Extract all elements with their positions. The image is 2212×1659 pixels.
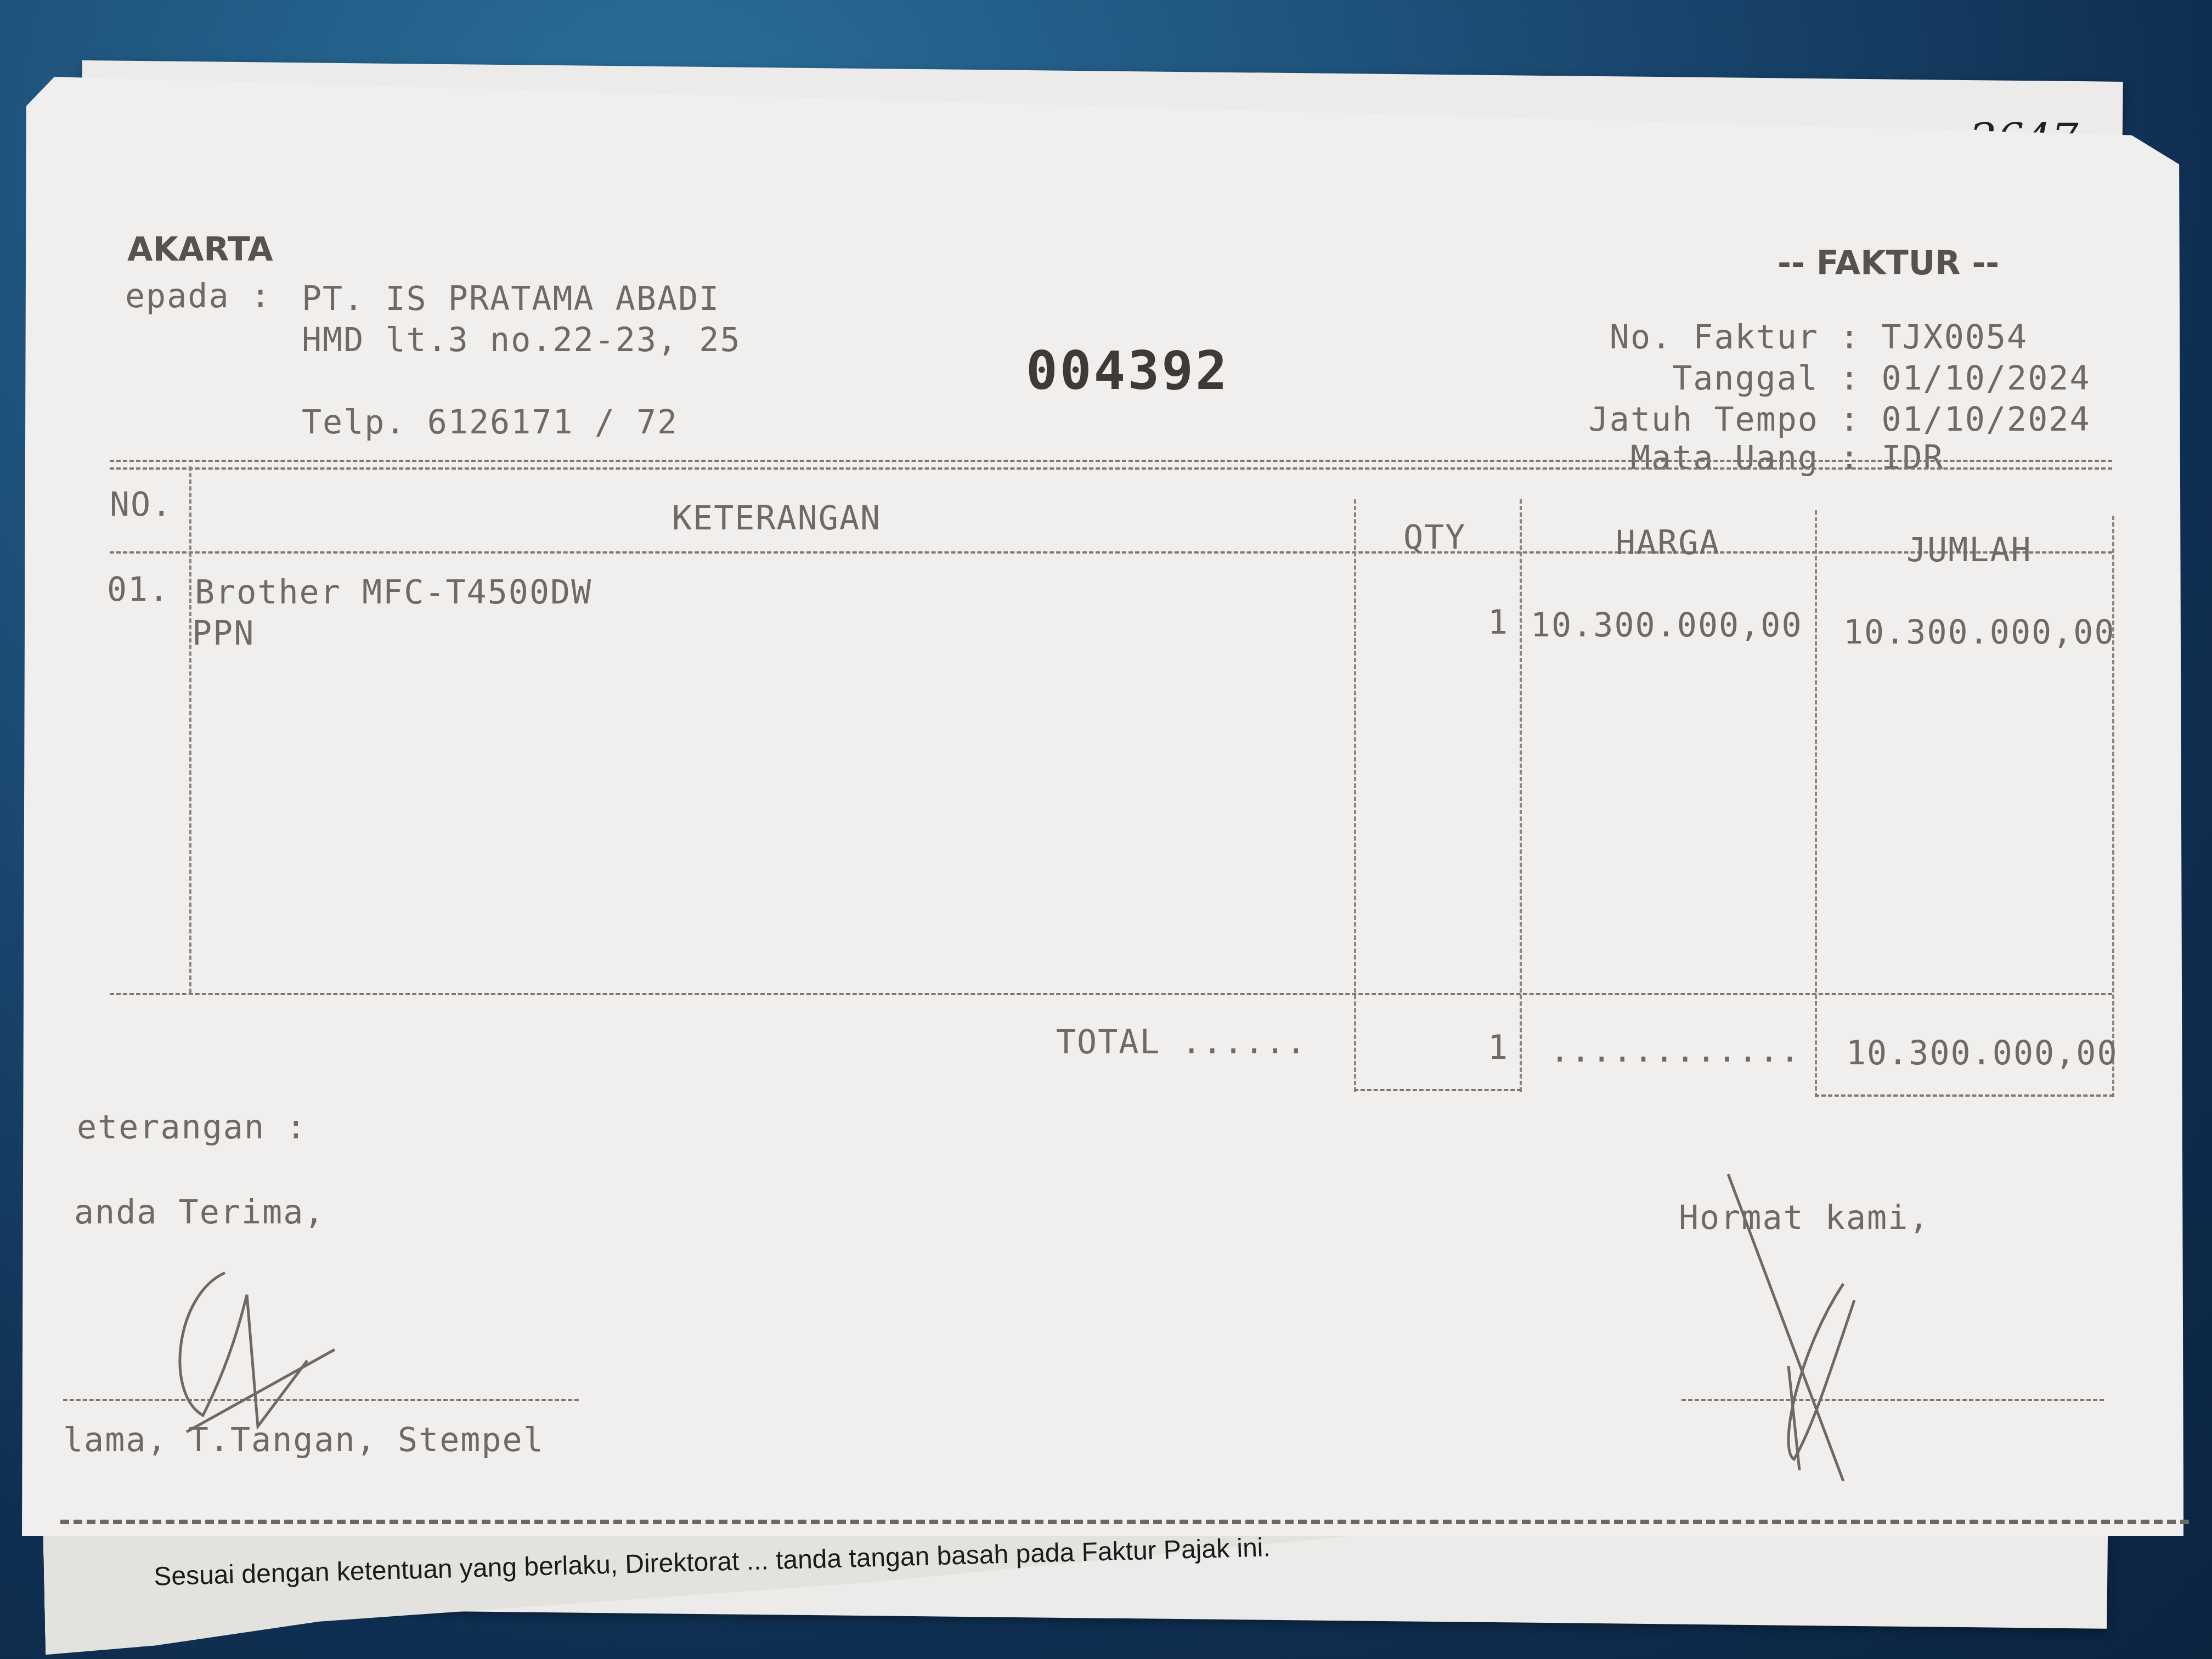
notes-label: eterangan : — [77, 1108, 307, 1147]
perforation-line — [60, 1520, 2189, 1524]
col-divider-qty-right — [1520, 499, 1522, 1092]
row-subitem: PPN — [192, 614, 255, 653]
table-top-border — [110, 460, 2112, 462]
recipient-address: HMD lt.3 no.22-23, 25 — [302, 321, 741, 359]
meta-due-date: Jatuh Tempo : 01/10/2024 — [1572, 400, 2120, 439]
city-label: AKARTA — [127, 230, 273, 269]
invoice-title: -- FAKTUR -- — [1778, 244, 1999, 283]
col-header-no: NO. — [110, 486, 172, 524]
meta-invoice-no: No. Faktur : TJX0054 — [1572, 318, 2120, 357]
to-label: epada : — [125, 277, 272, 315]
col-header-qty: QTY — [1403, 518, 1466, 557]
meta-currency: Mata Uang : IDR — [1572, 439, 2120, 477]
amount-total-bottom — [1815, 1094, 2114, 1097]
total-label: TOTAL ...... — [1056, 1023, 1307, 1062]
row-price: 10.300.000,00 — [1531, 606, 1803, 645]
col-header-description: KETERANGAN — [672, 499, 881, 538]
meta-date: Tanggal : 01/10/2024 — [1572, 359, 2120, 398]
total-qty: 1 — [1488, 1029, 1509, 1067]
col-header-price: HARGA — [1616, 524, 1720, 562]
col-divider-amount-right — [2112, 516, 2114, 1097]
recipient-phone: Telp. 6126171 / 72 — [302, 403, 678, 442]
serial-number: 004392 — [1026, 340, 1229, 402]
col-divider-amount-left — [1815, 510, 1817, 1097]
qty-total-bottom — [1354, 1089, 1521, 1091]
receiver-signature-icon — [143, 1251, 362, 1470]
table-body-bottom — [110, 993, 2112, 995]
row-qty: 1 — [1488, 603, 1509, 642]
total-price-dots: ............ — [1550, 1031, 1801, 1070]
header-divider — [110, 551, 2112, 554]
row-description: Brother MFC-T4500DW — [195, 573, 592, 612]
recipient-name: PT. IS PRATAMA ABADI — [302, 280, 720, 318]
col-divider-qty-left — [1354, 499, 1356, 1092]
received-label: anda Terima, — [74, 1193, 325, 1232]
row-amount: 10.300.000,00 — [1843, 613, 2115, 652]
sender-signature-icon — [1712, 1174, 1887, 1481]
table-top-border-2 — [110, 467, 2112, 470]
row-no: 01. — [107, 571, 170, 609]
total-amount: 10.300.000,00 — [1846, 1034, 2118, 1073]
col-divider-no — [189, 466, 191, 993]
col-header-amount: JUMLAH — [1906, 531, 2032, 569]
